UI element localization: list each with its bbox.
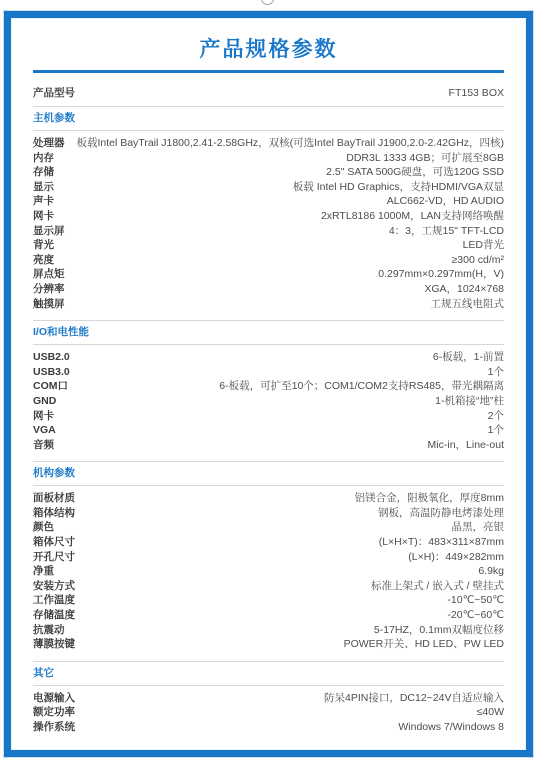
- spec-row: GND 1-机箱接“地”柱: [33, 394, 504, 409]
- spec-row: COM口 6-板载，可扩至10个；COM1/COM2支持RS485，带光耦隔离: [33, 379, 504, 394]
- spec-row: 显示 板载 Intel HD Graphics，支持HDMI/VGA双显: [33, 180, 504, 195]
- spec-value: 1个: [488, 423, 504, 438]
- spec-row: 额定功率 ≤40W: [33, 705, 504, 720]
- spec-label: 存储: [33, 166, 54, 178]
- spec-label: 音频: [33, 439, 54, 451]
- spec-value: 晶黑，亮银: [452, 520, 505, 535]
- spec-label: VGA: [33, 424, 56, 436]
- spec-row: 面板材质 铝镁合金，阳极氧化，厚度8mm: [33, 491, 504, 506]
- spec-label: 屏点矩: [33, 268, 65, 280]
- binder-ring-decoration: [261, 0, 274, 5]
- spec-row: 颜色 晶黑，亮银: [33, 520, 504, 535]
- spec-value: 防呆4PIN接口，DC12~24V自适应输入: [324, 691, 504, 706]
- section-rows: 处理器 板载Intel BayTrail J1800,2.41-2.58GHz，…: [33, 131, 504, 320]
- spec-label: 内存: [33, 152, 54, 164]
- spec-value: 5-17HZ，0.1mm双幅度位移: [374, 623, 504, 638]
- spec-value: 1-机箱接“地”柱: [435, 394, 504, 409]
- spec-row: 声卡 ALC662-VD，HD AUDIO: [33, 194, 504, 209]
- spec-value: 4：3，工规15" TFT-LCD: [389, 224, 504, 239]
- spec-label: 触摸屏: [33, 298, 65, 310]
- spec-value: 2xRTL8186 1000M，LAN支持网络唤醒: [321, 209, 504, 224]
- section-header: 主机参数: [33, 107, 504, 130]
- spec-row: 内存 DDR3L 1333 4GB；可扩展至8GB: [33, 151, 504, 166]
- spec-label: 亮度: [33, 254, 54, 266]
- spec-row: 抗震动 5-17HZ，0.1mm双幅度位移: [33, 623, 504, 638]
- spec-value: Mic-in，Line-out: [428, 438, 504, 453]
- spec-value: DDR3L 1333 4GB；可扩展至8GB: [346, 151, 504, 166]
- spec-value: Windows 7/Windows 8: [398, 720, 504, 735]
- spec-row: 操作系统 Windows 7/Windows 8: [33, 720, 504, 735]
- spec-label: 网卡: [33, 210, 54, 222]
- product-model-value: FT153 BOX: [449, 86, 504, 100]
- spec-section: 机构参数 面板材质 铝镁合金，阳极氧化，厚度8mm 箱体结构 钢板，高温防静电烤…: [33, 461, 504, 661]
- spec-label: USB3.0: [33, 366, 70, 378]
- spec-value: 6-板载，1-前置: [433, 350, 504, 365]
- spec-row: USB2.0 6-板载，1-前置: [33, 350, 504, 365]
- spec-label: 存储温度: [33, 609, 75, 621]
- title-underline-rule: [33, 70, 504, 73]
- spec-row: 净重 6.9kg: [33, 564, 504, 579]
- spec-value: 板载Intel BayTrail J1800,2.41-2.58GHz，双核(可…: [76, 136, 504, 151]
- spec-label: 抗震动: [33, 624, 65, 636]
- spec-section: 其它 电源输入 防呆4PIN接口，DC12~24V自适应输入 额定功率 ≤40W…: [33, 661, 504, 744]
- spec-row: 开孔尺寸 (L×H)：449×282mm: [33, 550, 504, 565]
- spec-row: 存储温度 -20℃~60℃: [33, 608, 504, 623]
- spec-value: 6-板载，可扩至10个；COM1/COM2支持RS485，带光耦隔离: [219, 379, 504, 394]
- spec-row: 显示屏 4：3，工规15" TFT-LCD: [33, 224, 504, 239]
- section-rows: 电源输入 防呆4PIN接口，DC12~24V自适应输入 额定功率 ≤40W 操作…: [33, 686, 504, 744]
- spec-value: ≤40W: [477, 705, 504, 720]
- section-header: I/O和电性能: [33, 321, 504, 344]
- spec-value: 标准上架式 / 嵌入式 / 壁挂式: [371, 579, 504, 594]
- spec-value: 0.297mm×0.297mm(H，V): [378, 267, 504, 282]
- spec-label: 安装方式: [33, 580, 75, 592]
- spec-value: 板载 Intel HD Graphics，支持HDMI/VGA双显: [293, 180, 504, 195]
- spec-label: 颜色: [33, 521, 54, 533]
- spec-row: 安装方式 标准上架式 / 嵌入式 / 壁挂式: [33, 579, 504, 594]
- spec-row: 屏点矩 0.297mm×0.297mm(H，V): [33, 267, 504, 282]
- spec-value: 铝镁合金，阳极氧化，厚度8mm: [355, 491, 504, 506]
- spec-label: 开孔尺寸: [33, 551, 75, 563]
- spec-row: 背光 LED背光: [33, 238, 504, 253]
- spec-label: 工作温度: [33, 594, 75, 606]
- section-header: 机构参数: [33, 462, 504, 485]
- product-model-label: 产品型号: [33, 87, 75, 99]
- spec-value: 6.9kg: [478, 564, 504, 579]
- spec-label: 箱体尺寸: [33, 536, 75, 548]
- spec-row: 网卡 2个: [33, 409, 504, 424]
- spec-sheet-card: 产品规格参数 产品型号 FT153 BOX 主机参数 处理器 板载Intel B…: [4, 11, 533, 757]
- spec-value: 1个: [488, 365, 504, 380]
- spec-value: ≥300 cd/m²: [452, 253, 504, 268]
- spec-label: 电源输入: [33, 692, 75, 704]
- spec-label: 分辨率: [33, 283, 65, 295]
- spec-label: 箱体结构: [33, 507, 75, 519]
- spec-value: 工规五线电阻式: [431, 297, 505, 312]
- spec-row: 分辨率 XGA，1024×768: [33, 282, 504, 297]
- spec-row: 触摸屏 工规五线电阻式: [33, 297, 504, 312]
- spec-row: 音频 Mic-in，Line-out: [33, 438, 504, 453]
- spec-section: I/O和电性能 USB2.0 6-板载，1-前置 USB3.0 1个 COM口 …: [33, 320, 504, 461]
- spec-row: 薄膜按键 POWER开关、HD LED、PW LED: [33, 637, 504, 652]
- spec-value: -20℃~60℃: [447, 608, 504, 623]
- spec-row: VGA 1个: [33, 423, 504, 438]
- section-header: 其它: [33, 662, 504, 685]
- spec-value: 2.5" SATA 500G硬盘，可选120G SSD: [326, 165, 504, 180]
- spec-label: GND: [33, 395, 56, 407]
- spec-row: 存储 2.5" SATA 500G硬盘，可选120G SSD: [33, 165, 504, 180]
- spec-row: 网卡 2xRTL8186 1000M，LAN支持网络唤醒: [33, 209, 504, 224]
- spec-value: LED背光: [463, 238, 504, 253]
- page-title: 产品规格参数: [33, 37, 504, 63]
- spec-label: 显示屏: [33, 225, 65, 237]
- spec-row: 工作温度 -10℃~50℃: [33, 593, 504, 608]
- spec-label: 背光: [33, 239, 54, 251]
- spec-section: 主机参数 处理器 板载Intel BayTrail J1800,2.41-2.5…: [33, 106, 504, 320]
- spec-value: XGA，1024×768: [424, 282, 504, 297]
- product-model-row: 产品型号 FT153 BOX: [33, 86, 504, 100]
- spec-label: 薄膜按键: [33, 638, 75, 650]
- spec-label: 净重: [33, 565, 54, 577]
- spec-label: 处理器: [33, 137, 65, 149]
- spec-label: COM口: [33, 380, 68, 392]
- spec-label: 声卡: [33, 195, 54, 207]
- spec-value: 2个: [488, 409, 504, 424]
- spec-label: 网卡: [33, 410, 54, 422]
- spec-value: (L×H)：449×282mm: [408, 550, 504, 565]
- spec-label: 面板材质: [33, 492, 75, 504]
- spec-label: 操作系统: [33, 721, 75, 733]
- spec-row: 电源输入 防呆4PIN接口，DC12~24V自适应输入: [33, 691, 504, 706]
- spec-label: 显示: [33, 181, 54, 193]
- spec-value: -10℃~50℃: [447, 593, 504, 608]
- section-rows: 面板材质 铝镁合金，阳极氧化，厚度8mm 箱体结构 钢板，高温防静电烤漆处理 颜…: [33, 486, 504, 661]
- section-rows: USB2.0 6-板载，1-前置 USB3.0 1个 COM口 6-板载，可扩至…: [33, 345, 504, 461]
- spec-row: 箱体结构 钢板，高温防静电烤漆处理: [33, 506, 504, 521]
- spec-row: 箱体尺寸 (L×H×T)：483×311×87mm: [33, 535, 504, 550]
- sections: 主机参数 处理器 板载Intel BayTrail J1800,2.41-2.5…: [33, 106, 504, 744]
- spec-row: 处理器 板载Intel BayTrail J1800,2.41-2.58GHz，…: [33, 136, 504, 151]
- spec-value: POWER开关、HD LED、PW LED: [344, 637, 504, 652]
- spec-row: USB3.0 1个: [33, 365, 504, 380]
- spec-label: 额定功率: [33, 706, 75, 718]
- spec-sheet-content: 产品规格参数 产品型号 FT153 BOX 主机参数 处理器 板载Intel B…: [11, 18, 526, 744]
- spec-value: (L×H×T)：483×311×87mm: [379, 535, 504, 550]
- spec-value: ALC662-VD，HD AUDIO: [387, 194, 504, 209]
- spec-label: USB2.0: [33, 351, 70, 363]
- spec-row: 亮度 ≥300 cd/m²: [33, 253, 504, 268]
- spec-value: 钢板，高温防静电烤漆处理: [378, 506, 504, 521]
